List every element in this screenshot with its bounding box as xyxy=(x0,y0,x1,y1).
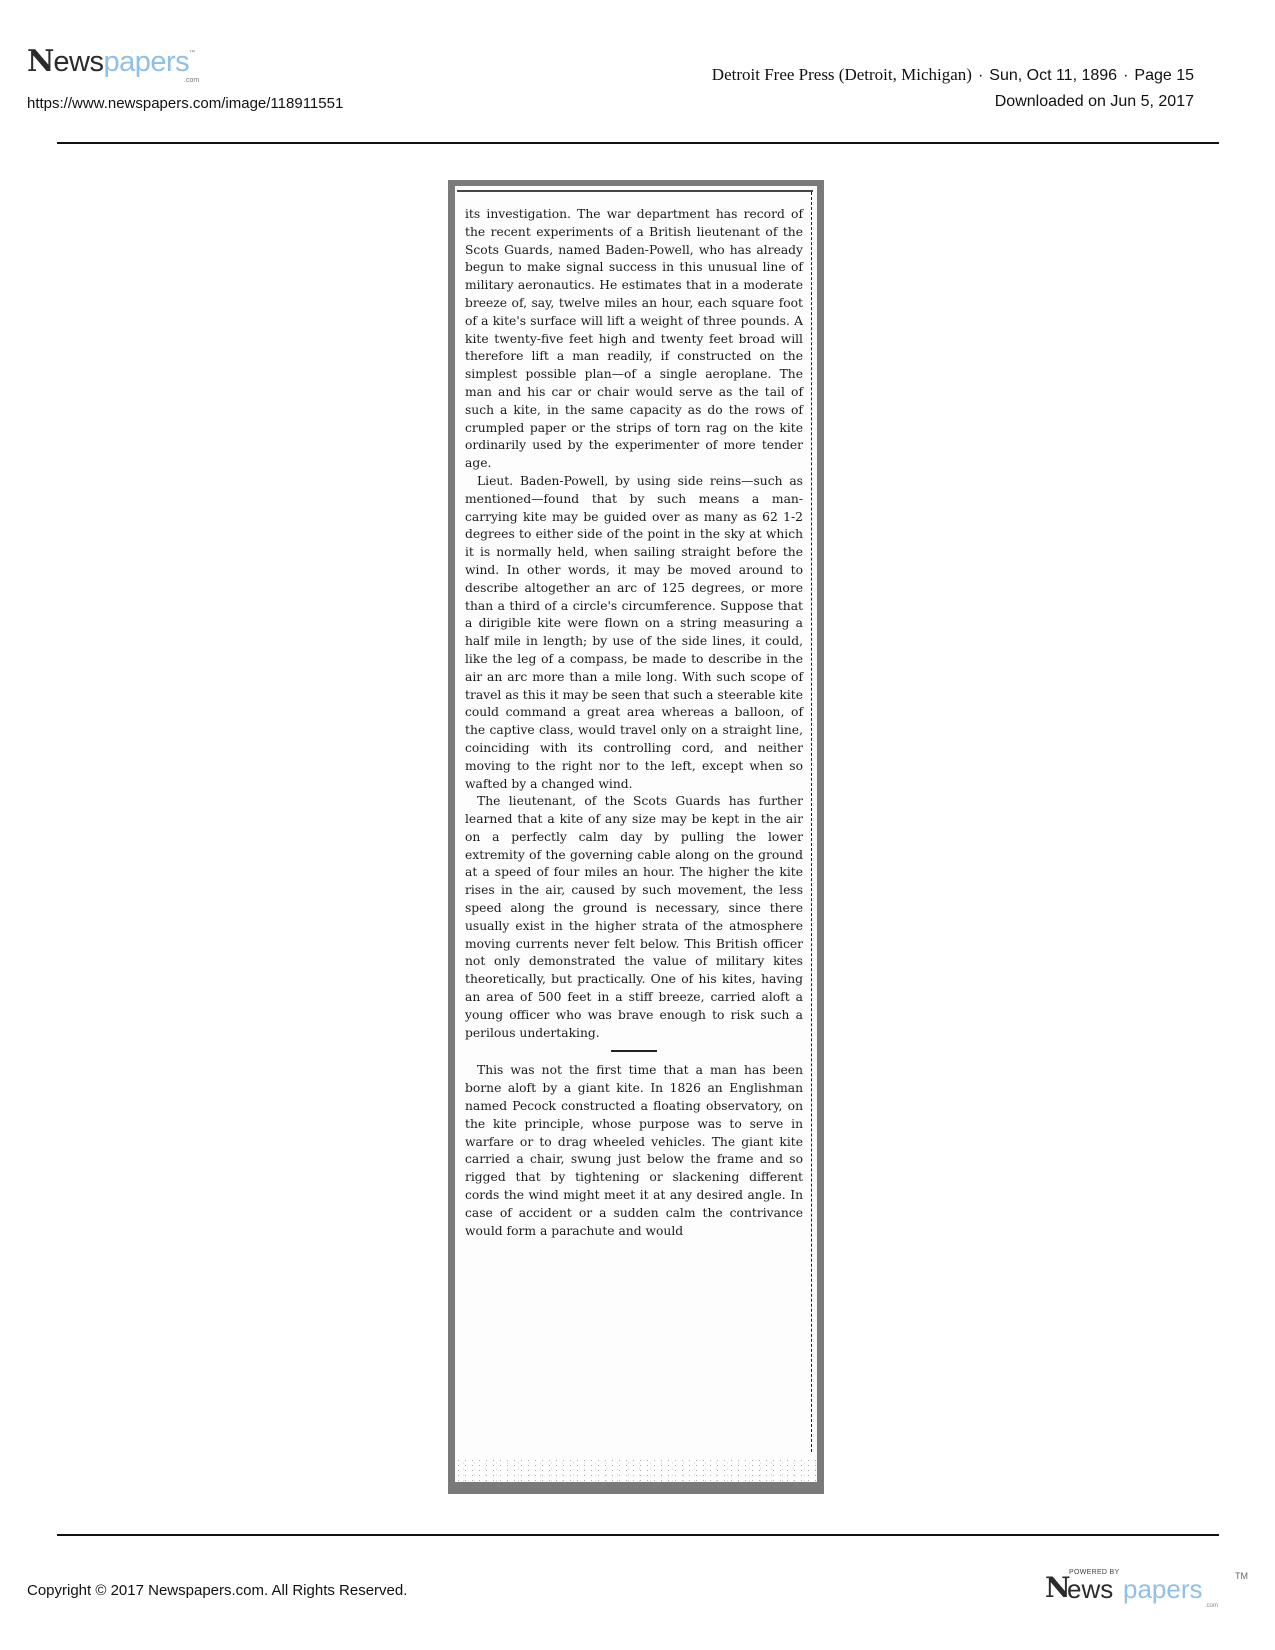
newspapers-logo[interactable]: Newspapers™ .com xyxy=(27,44,195,84)
copyright-notice: Copyright © 2017 Newspapers.com. All Rig… xyxy=(27,1582,407,1599)
column-top-rule xyxy=(457,190,813,192)
logo-ews: ews xyxy=(53,46,103,78)
powered-by-newspapers-logo[interactable]: POWERED BY N ews papers TM .com xyxy=(1045,1565,1255,1610)
logo-papers: papers xyxy=(1123,1574,1203,1605)
logo-papers: papers xyxy=(104,46,190,78)
download-date: Downloaded on Jun 5, 2017 xyxy=(995,93,1194,111)
image-url[interactable]: https://www.newspapers.com/image/1189115… xyxy=(27,95,343,112)
publication-name: Detroit Free Press (Detroit, Michigan) xyxy=(712,65,972,84)
logo-tm: TM xyxy=(1235,1571,1248,1581)
logo-n: N xyxy=(1045,1571,1070,1604)
newspaper-clipping: its investigation. The war department ha… xyxy=(448,180,824,1494)
section-divider xyxy=(611,1050,657,1052)
publication-info: Detroit Free Press (Detroit, Michigan)·S… xyxy=(712,65,1194,85)
logo-n: N xyxy=(27,44,53,79)
article-paragraph: This was not the first time that a man h… xyxy=(465,1062,803,1240)
logo-com: .com xyxy=(1205,1603,1218,1609)
scan-noise xyxy=(455,1458,817,1482)
footer-divider xyxy=(57,1534,1219,1536)
clipping-content: its investigation. The war department ha… xyxy=(455,186,817,1482)
logo-com: .com xyxy=(184,77,199,84)
separator: · xyxy=(1123,67,1128,84)
publication-date: Sun, Oct 11, 1896 xyxy=(989,67,1117,84)
article-paragraph: its investigation. The war department ha… xyxy=(465,206,803,473)
header-divider xyxy=(57,142,1219,144)
column-right-rule xyxy=(810,192,812,1452)
logo-tm: ™ xyxy=(189,50,195,56)
article-text: its investigation. The war department ha… xyxy=(465,206,803,1240)
article-paragraph: The lieutenant, of the Scots Guards has … xyxy=(465,793,803,1042)
separator: · xyxy=(978,67,983,84)
page-number: Page 15 xyxy=(1134,67,1194,84)
logo-ews: ews xyxy=(1067,1574,1113,1605)
article-paragraph: Lieut. Baden-Powell, by using side reins… xyxy=(465,473,803,793)
